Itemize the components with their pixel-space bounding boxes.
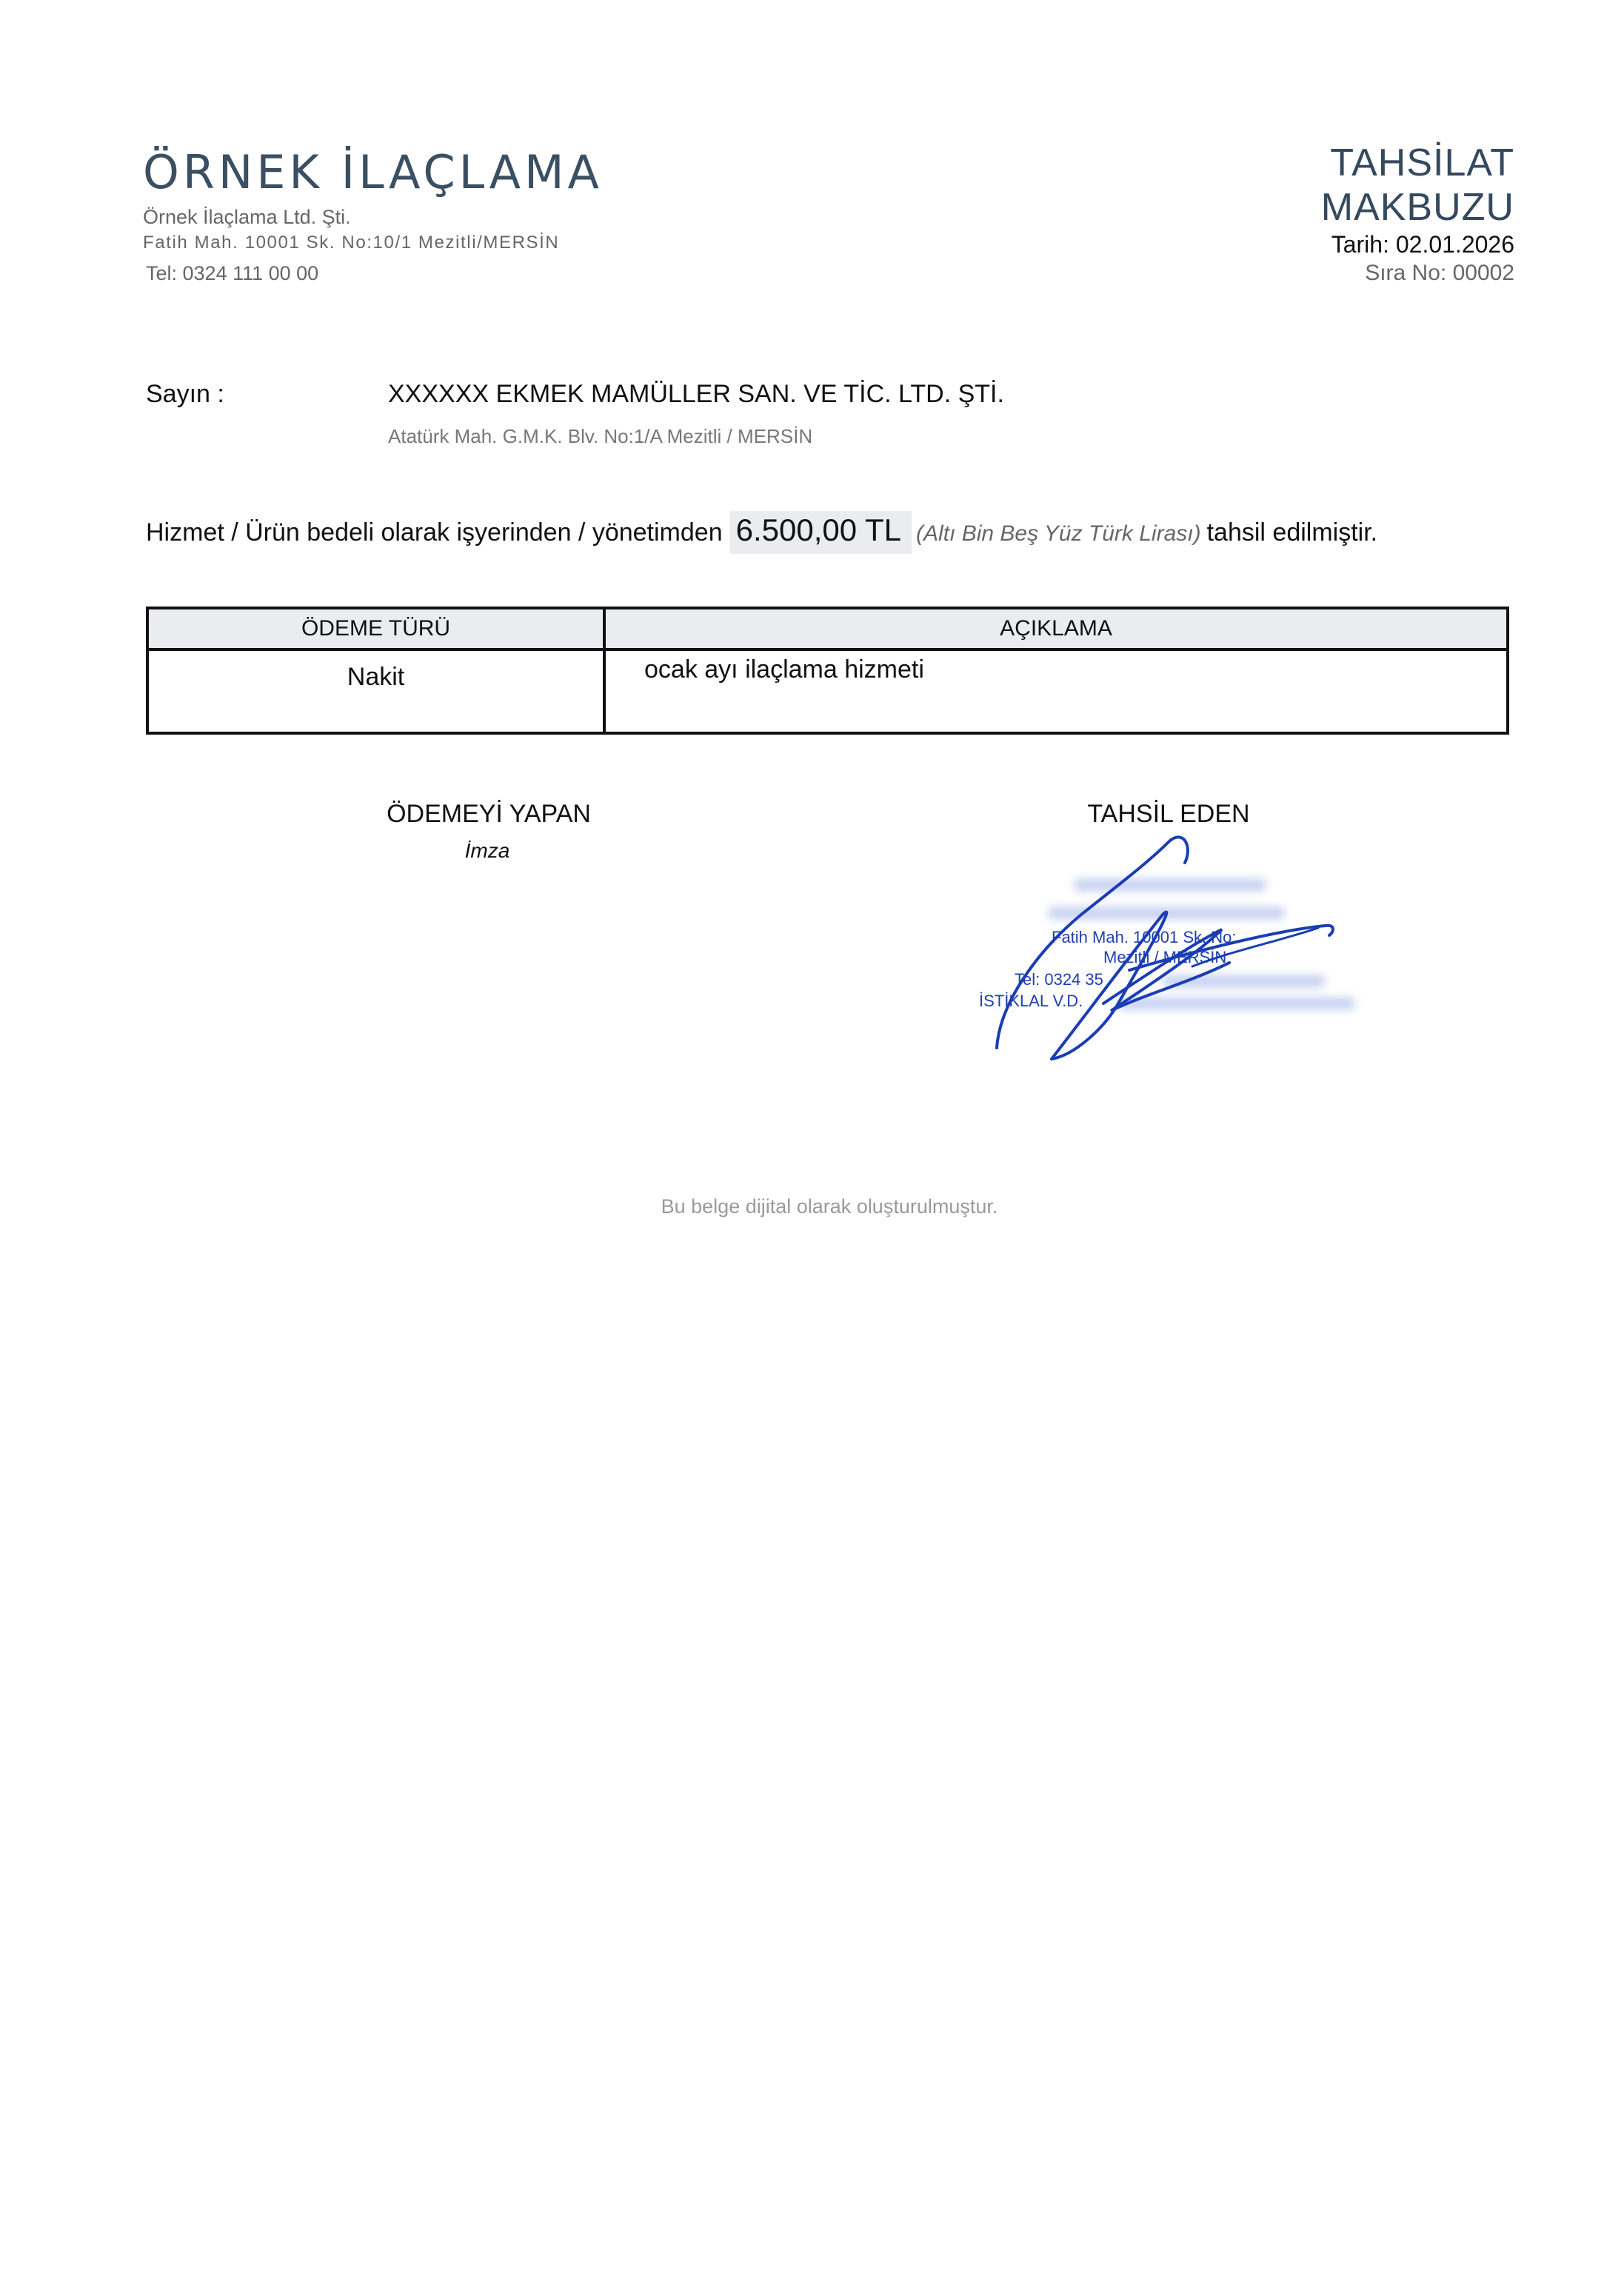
document-serial-number: Sıra No: 00002	[1365, 261, 1514, 286]
payment-statement: Hizmet / Ürün bedeli olarak işyerinden /…	[146, 511, 1377, 554]
company-legal-name: Örnek İlaçlama Ltd. Şti.	[143, 206, 351, 229]
recipient-address: Atatürk Mah. G.M.K. Blv. No:1/A Mezitli …	[388, 425, 812, 448]
collector-signature-label: TAHSİL EDEN	[1087, 800, 1249, 829]
document-title: TAHSİLAT MAKBUZU	[1321, 141, 1514, 230]
column-header-description: AÇIKLAMA	[604, 608, 1508, 649]
document-title-line2: MAKBUZU	[1321, 185, 1514, 230]
table-header-row: ÖDEME TÜRÜ AÇIKLAMA	[147, 608, 1508, 649]
cell-description: ocak ayı ilaçlama hizmeti	[604, 649, 1508, 733]
statement-suffix: tahsil edilmiştir.	[1207, 518, 1378, 547]
document-title-line1: TAHSİLAT	[1321, 141, 1514, 185]
payment-amount-words: (Altı Bin Beş Yüz Türk Lirası)	[916, 521, 1201, 547]
payer-signature-hint: İmza	[465, 839, 510, 863]
handwritten-signature-icon	[970, 833, 1385, 1070]
document-date: Tarih: 02.01.2026	[1331, 231, 1514, 258]
cell-payment-type: Nakit	[147, 649, 604, 733]
company-stamp-signature: Fatih Mah. 10001 Sk. No: Mezitli / MERSİ…	[970, 833, 1385, 1070]
column-header-payment-type: ÖDEME TÜRÜ	[147, 608, 604, 649]
company-name: ÖRNEK İLAÇLAMA	[143, 145, 603, 199]
company-phone: Tel: 0324 111 00 00	[146, 262, 318, 285]
statement-prefix: Hizmet / Ürün bedeli olarak işyerinden /…	[146, 518, 723, 547]
payer-signature-label: ÖDEMEYİ YAPAN	[387, 800, 591, 829]
table-row: Nakit ocak ayı ilaçlama hizmeti	[147, 649, 1508, 733]
company-address: Fatih Mah. 10001 Sk. No:10/1 Mezitli/MER…	[143, 233, 559, 253]
payment-table: ÖDEME TÜRÜ AÇIKLAMA Nakit ocak ayı ilaçl…	[146, 607, 1509, 735]
recipient-name: XXXXXX EKMEK MAMÜLLER SAN. VE TİC. LTD. …	[388, 380, 1004, 409]
recipient-label: Sayın :	[146, 380, 224, 409]
payment-amount: 6.500,00 TL	[730, 511, 912, 554]
footer-note: Bu belge dijital olarak oluşturulmuştur.	[0, 1195, 1624, 1218]
